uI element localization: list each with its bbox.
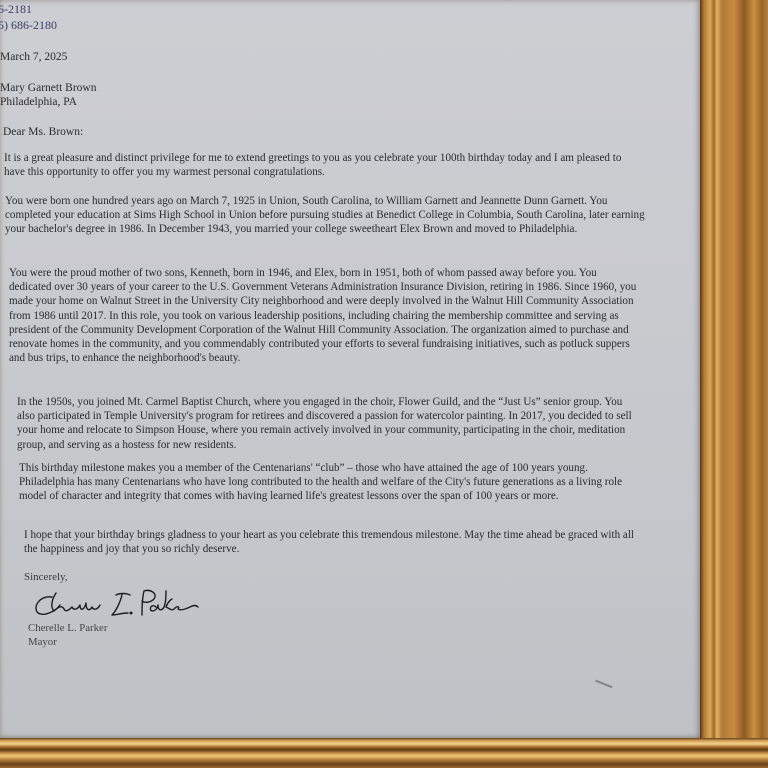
- paragraph-centenarian: This birthday milestone makes you a memb…: [19, 461, 644, 504]
- letterhead-contact: 6-2181 5) 686-2180: [0, 1, 57, 33]
- paragraph-wishes: I hope that your birthday brings gladnes…: [24, 528, 644, 556]
- paragraph-biography: You were born one hundred years ago on M…: [5, 194, 645, 237]
- picture-frame-bottom-edge: [0, 738, 768, 768]
- recipient-location: Philadelphia, PA: [0, 95, 96, 109]
- letter-paper: 6-2181 5) 686-2180 March 7, 2025 Mary Ga…: [0, 0, 702, 740]
- fax-number: 5) 686-2180: [0, 17, 57, 33]
- letter-date: March 7, 2025: [0, 51, 67, 63]
- paragraph-greeting: It is a great pleasure and distinct priv…: [4, 151, 644, 179]
- signer-name: Cherelle L. Parker: [28, 622, 107, 634]
- picture-frame-right-edge: [700, 0, 768, 768]
- signature-icon: [30, 585, 200, 625]
- signer-title: Mayor: [28, 636, 57, 648]
- closing: Sincerely,: [24, 571, 68, 583]
- recipient-name: Mary Garnett Brown: [0, 81, 96, 95]
- phone-number: 6-2181: [0, 1, 57, 17]
- paragraph-family-career: You were the proud mother of two sons, K…: [9, 266, 639, 365]
- paper-scratch-mark: [595, 680, 612, 688]
- recipient-block: Mary Garnett Brown Philadelphia, PA: [0, 81, 96, 109]
- paragraph-church-community: In the 1950s, you joined Mt. Carmel Bapt…: [17, 395, 642, 452]
- salutation: Dear Ms. Brown:: [3, 126, 83, 138]
